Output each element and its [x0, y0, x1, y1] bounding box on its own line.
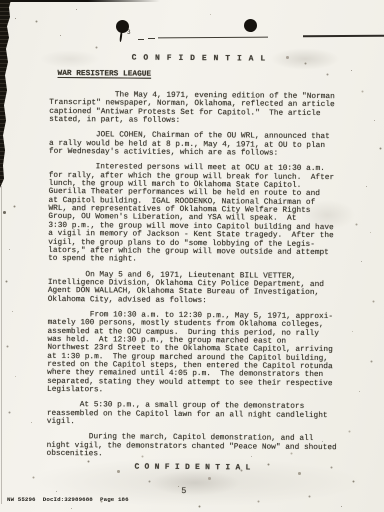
- typed-content: C O N F I D E N T I A L WAR RESISTERS LE…: [0, 0, 384, 512]
- scan-smudge: [300, 200, 355, 230]
- paragraph-march-account: From 10:30 a.m. to 12:30 p.m., May 5, 19…: [47, 311, 354, 397]
- section-heading: WAR RESISTERS LEAGUE: [58, 70, 152, 79]
- scan-smudge: [40, 50, 100, 68]
- scan-smudge: [270, 48, 340, 70]
- paragraph-candlelight-vigil: At 5:30 p.m., a small group of the demon…: [47, 401, 353, 428]
- scanned-document-page: 3 C O N F I D E N T I A L WAR RESISTERS …: [0, 0, 384, 512]
- paragraph-rally-announcement: JOEL COHEN, Chairman of the OU WRL, anno…: [49, 131, 355, 158]
- scan-smudge: [150, 470, 240, 496]
- paragraph-police-sources: On May 5 and 6, 1971, Lieutenant BILL VE…: [48, 270, 354, 306]
- document-body: The May 4, 1971, evening edition of the …: [46, 91, 355, 468]
- classification-header: C O N F I D E N T I A L: [132, 54, 267, 64]
- paragraph-article-intro: The May 4, 1971, evening edition of the …: [49, 91, 355, 127]
- paragraph-chants: During the march, Capitol demonstration,…: [47, 433, 353, 460]
